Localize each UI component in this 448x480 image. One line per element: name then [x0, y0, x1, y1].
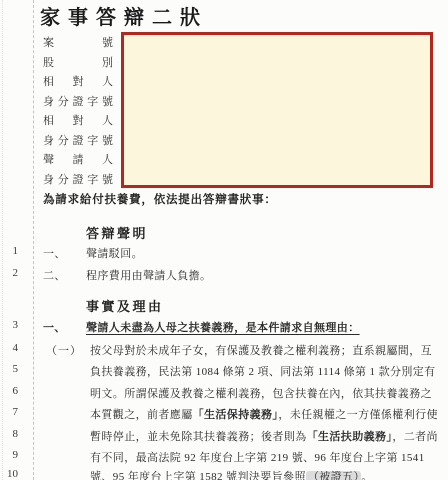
facts-body-text: 負扶養義務，民法第 1084 條第 2 項、同法第 1114 條第 1 款分別定… [90, 363, 436, 379]
facts-body-line: 7 本質觀之，前者應屬「生活保持義務」，未任親權之一方僅係權利行使 [0, 406, 448, 422]
facts-body-text: 本質觀之，前者應屬「生活保持義務」，未任親權之一方僅係權利行使 [90, 406, 438, 422]
facts-body-line: 4 （一） 按父母對於未成年子女，有保護及教養之權利義務；直系親屬間，互 [0, 342, 448, 358]
opening-statement: 為請求給付扶養費，依法提出答辯書狀事： [43, 191, 277, 207]
facts-body-text: 暫時停止，並未免除其扶養義務；後者則為「生活扶助義務」，二者尚 [90, 428, 438, 444]
list-marker: 二、 [43, 267, 66, 283]
form-label-division: 股別 [43, 56, 113, 71]
text-segment: ，未任親權之一方僅係權利行使 [278, 409, 438, 421]
redaction-box [121, 32, 433, 188]
line-number: 7 [2, 406, 18, 418]
facts-body-line: 9 有不同，最高法院 92 年度台上字第 219 號、96 年度台上字第 154… [0, 449, 448, 465]
sub-list-marker: （一） [46, 342, 82, 358]
line-number: 9 [2, 449, 18, 461]
text-segment: 暫時停止，並未免除其扶養義務；後者則為 [90, 431, 307, 443]
emphasized-term: 「生活扶助義務」 [307, 431, 393, 443]
defense-item-row: 2 二、 程序費用由聲請人負擔。 [0, 267, 448, 283]
form-label-applicant: 聲請人 [43, 153, 113, 168]
line-number: 1 [2, 245, 18, 257]
line-number: 3 [2, 319, 18, 331]
text-segment: 。 [361, 471, 372, 480]
page-title: 家事答辯二狀 [40, 1, 208, 30]
text-segment: 本質觀之，前者應屬 [90, 409, 193, 421]
form-label-id-number-3: 身分證字號 [43, 173, 113, 188]
facts-item-title-row: 3 一、 聲請人未盡為人母之扶養義務，是本件請求自無理由： [0, 319, 448, 335]
form-label-respondent-2: 相對人 [43, 114, 113, 129]
line-number: 5 [2, 363, 18, 375]
facts-body-line: 8 暫時停止，並未免除其扶養義務；後者則為「生活扶助義務」，二者尚 [0, 428, 448, 444]
form-label-id-number-2: 身分證字號 [43, 134, 113, 149]
line-number: 2 [2, 267, 18, 279]
defense-item-text: 聲請駁回。 [86, 245, 143, 261]
form-label-case-number: 案號 [43, 36, 113, 51]
form-label-respondent-1: 相對人 [43, 75, 113, 90]
document-page: 家事答辯二狀 案號 股別 相對人 身分證字號 相對人 身分證字號 聲請人 身分證… [0, 0, 448, 480]
section-heading-defense-statement: 答辯聲明 [86, 223, 148, 242]
form-label-id-number-1: 身分證字號 [43, 95, 113, 110]
facts-body-text: 按父母對於未成年子女，有保護及教養之權利義務；直系親屬間，互 [90, 342, 432, 358]
defense-item-row: 1 一、 聲請駁回。 [0, 245, 448, 261]
facts-body-text: 有不同，最高法院 92 年度台上字第 219 號、96 年度台上字第 1541 [90, 449, 425, 465]
line-number: 6 [2, 385, 18, 397]
facts-body-text: 明文。所謂保護及教養之權利義務，包含扶養在內，依其扶養義務之 [90, 385, 432, 401]
line-number: 8 [2, 428, 18, 440]
defense-item-text: 程序費用由聲請人負擔。 [86, 267, 211, 283]
list-marker: 一、 [43, 319, 66, 335]
line-number: 10 [2, 468, 18, 480]
section-heading-facts-reasons: 事實及理由 [86, 296, 164, 315]
facts-body-text: 號、95 年度台上字第 1582 號判決要旨參照（被證五）。 [90, 468, 373, 480]
line-number: 4 [2, 342, 18, 354]
emphasized-term: 「生活保持義務」 [193, 409, 279, 421]
text-segment: 號、95 年度台上字第 1582 號判決要旨參照 [90, 471, 306, 480]
facts-body-line: 5 負扶養義務，民法第 1084 條第 2 項、同法第 1114 條第 1 款分… [0, 363, 448, 379]
list-marker: 一、 [43, 245, 66, 261]
facts-body-line: 6 明文。所謂保護及教養之權利義務，包含扶養在內，依其扶養義務之 [0, 385, 448, 401]
facts-body-line: 10 號、95 年度台上字第 1582 號判決要旨參照（被證五）。 [0, 468, 448, 480]
evidence-reference-highlight: （被證五） [306, 471, 362, 480]
text-segment: ，二者尚 [392, 431, 438, 443]
facts-item-title: 聲請人未盡為人母之扶養義務，是本件請求自無理由： [86, 319, 360, 335]
